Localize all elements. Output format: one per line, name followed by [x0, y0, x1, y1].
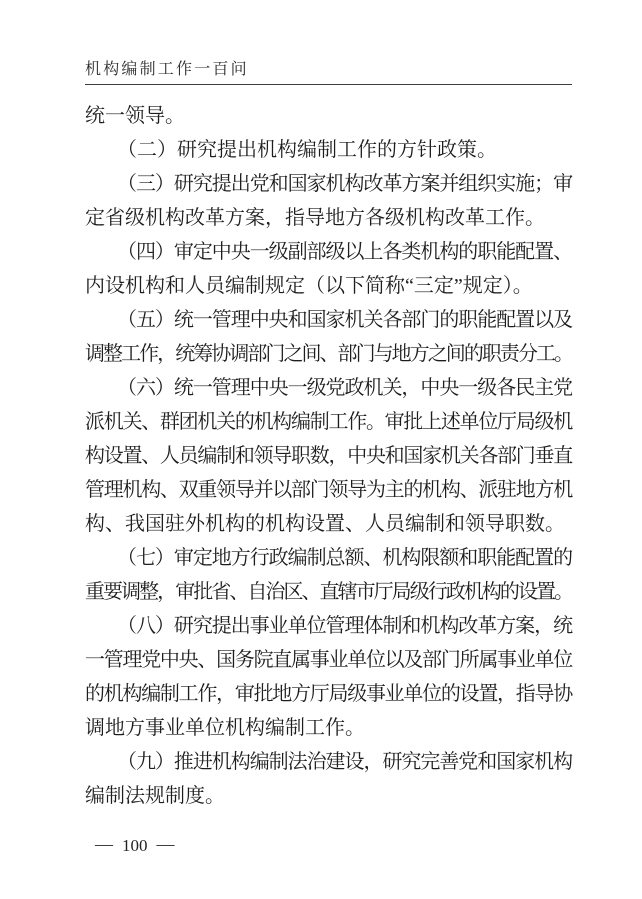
text-line: （八）研究提出事业单位管理体制和机构改革方案，统 — [85, 609, 572, 643]
text-line: 定省级机构改革方案，指导地方各级机构改革工作。 — [85, 201, 572, 235]
paragraph: （九）推进机构编制法治建设，研究完善党和国家机构编制法规制度。 — [85, 745, 572, 813]
text-line: 构、我国驻外机构的机构设置、人员编制和领导职数。 — [85, 507, 572, 541]
paragraph: （三）研究提出党和国家机构改革方案并组织实施；审定省级机构改革方案，指导地方各级… — [85, 167, 572, 235]
text-line: 一管理党中央、国务院直属事业单位以及部门所属事业单位 — [85, 643, 572, 677]
text-line: 派机关、群团机关的机构编制工作。审批上述单位厅局级机 — [85, 405, 572, 439]
footer-dash-right: — — [157, 834, 175, 855]
running-header-title: 机构编制工作一百问 — [85, 56, 249, 79]
body-text: 统一领导。（二）研究提出机构编制工作的方针政策。（三）研究提出党和国家机构改革方… — [85, 99, 572, 813]
page-number: 100 — [122, 836, 148, 856]
text-line: 管理机构、双重领导并以部门领导为主的机构、派驻地方机 — [85, 473, 572, 507]
page-footer: — 100 — — [95, 835, 175, 856]
text-line: 编制法规制度。 — [85, 779, 572, 813]
text-line: 统一领导。 — [85, 99, 572, 133]
text-line: 内设机构和人员编制规定（以下简称“三定”规定）。 — [85, 269, 572, 303]
text-line: 调地方事业单位机构编制工作。 — [85, 711, 572, 745]
paragraph: （四）审定中央一级副部级以上各类机构的职能配置、内设机构和人员编制规定（以下简称… — [85, 235, 572, 303]
text-line: （四）审定中央一级副部级以上各类机构的职能配置、 — [85, 235, 572, 269]
paragraph: （六）统一管理中央一级党政机关，中央一级各民主党派机关、群团机关的机构编制工作。… — [85, 371, 572, 541]
paragraph: （八）研究提出事业单位管理体制和机构改革方案，统一管理党中央、国务院直属事业单位… — [85, 609, 572, 745]
header-rule — [85, 84, 572, 85]
paragraph: （五）统一管理中央和国家机关各部门的职能配置以及调整工作，统筹协调部门之间、部门… — [85, 303, 572, 371]
text-line: （九）推进机构编制法治建设，研究完善党和国家机构 — [85, 745, 572, 779]
text-line: （七）审定地方行政编制总额、机构限额和职能配置的 — [85, 541, 572, 575]
paragraph: （二）研究提出机构编制工作的方针政策。 — [85, 133, 572, 167]
text-line: （六）统一管理中央一级党政机关，中央一级各民主党 — [85, 371, 572, 405]
book-page: 机构编制工作一百问 统一领导。（二）研究提出机构编制工作的方针政策。（三）研究提… — [0, 0, 642, 899]
text-line: 调整工作，统筹协调部门之间、部门与地方之间的职责分工。 — [85, 337, 572, 371]
text-line: 的机构编制工作，审批地方厅局级事业单位的设置，指导协 — [85, 677, 572, 711]
text-line: （三）研究提出党和国家机构改革方案并组织实施；审 — [85, 167, 572, 201]
paragraph: 统一领导。 — [85, 99, 572, 133]
text-line: （二）研究提出机构编制工作的方针政策。 — [85, 133, 572, 167]
text-line: 重要调整，审批省、自治区、直辖市厅局级行政机构的设置。 — [85, 575, 572, 609]
footer-dash-left: — — [95, 834, 113, 855]
text-line: （五）统一管理中央和国家机关各部门的职能配置以及 — [85, 303, 572, 337]
text-line: 构设置、人员编制和领导职数，中央和国家机关各部门垂直 — [85, 439, 572, 473]
paragraph: （七）审定地方行政编制总额、机构限额和职能配置的重要调整，审批省、自治区、直辖市… — [85, 541, 572, 609]
